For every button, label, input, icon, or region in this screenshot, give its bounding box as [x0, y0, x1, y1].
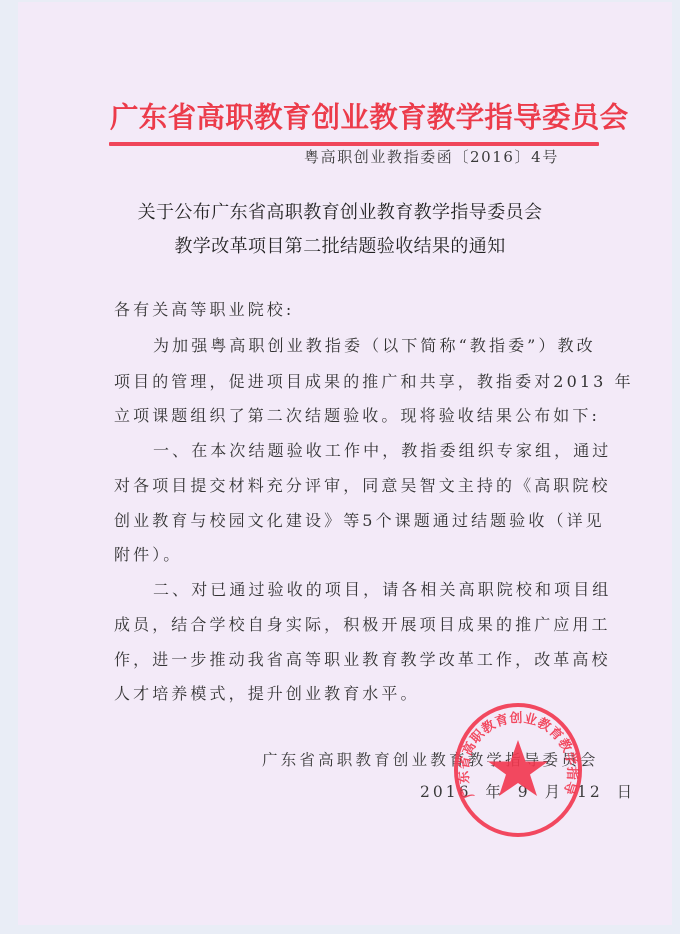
paragraph-1-line-1: 为加强粤高职创业教指委（以下简称“教指委”）教改: [153, 336, 587, 356]
star-icon: [488, 740, 548, 796]
paragraph-1-line-2: 项目的管理，促进项目成果的推广和共享，教指委对2013 年: [114, 372, 587, 392]
paragraph-3-line-2: 成员，结合学校自身实际，积极开展项目成果的推广应用工: [114, 615, 587, 635]
paragraph-2-line-4: 附件）。: [114, 545, 182, 565]
document-number: 粤高职创业教指委函〔2016〕4号: [304, 147, 559, 167]
paragraph-2-line-2: 对各项目提交材料充分评审，同意吴智文主持的《高职院校: [114, 476, 587, 496]
paragraph-2-line-3: 创业教育与校园文化建设》等5个课题通过结题验收（详见: [114, 511, 587, 531]
letterhead-red-rule: [109, 142, 599, 146]
salutation: 各有关高等职业院校:: [114, 300, 294, 320]
paragraph-3-line-4: 人才培养模式，提升创业教育水平。: [114, 684, 420, 704]
letterhead-title: 广东省高职教育创业教育教学指导委员会: [110, 100, 598, 134]
paragraph-1-line-3: 立项课题组织了第二次结题验收。现将验收结果公布如下:: [114, 406, 600, 426]
official-seal: 广东省高职教育创业教育教学指导委员会: [450, 700, 586, 840]
paragraph-2-line-1: 一、在本次结题验收工作中，教指委组织专家组，通过: [153, 441, 587, 461]
paragraph-3-line-3: 作，进一步推动我省高等职业教育教学改革工作，改革高校: [114, 650, 587, 670]
notice-title-line-2: 教学改革项目第二批结题验收结果的通知: [0, 232, 680, 258]
notice-title-line-1: 关于公布广东省高职教育创业教育教学指导委员会: [0, 198, 680, 224]
paragraph-3-line-1: 二、对已通过验收的项目，请各相关高职院校和项目组: [153, 580, 587, 600]
